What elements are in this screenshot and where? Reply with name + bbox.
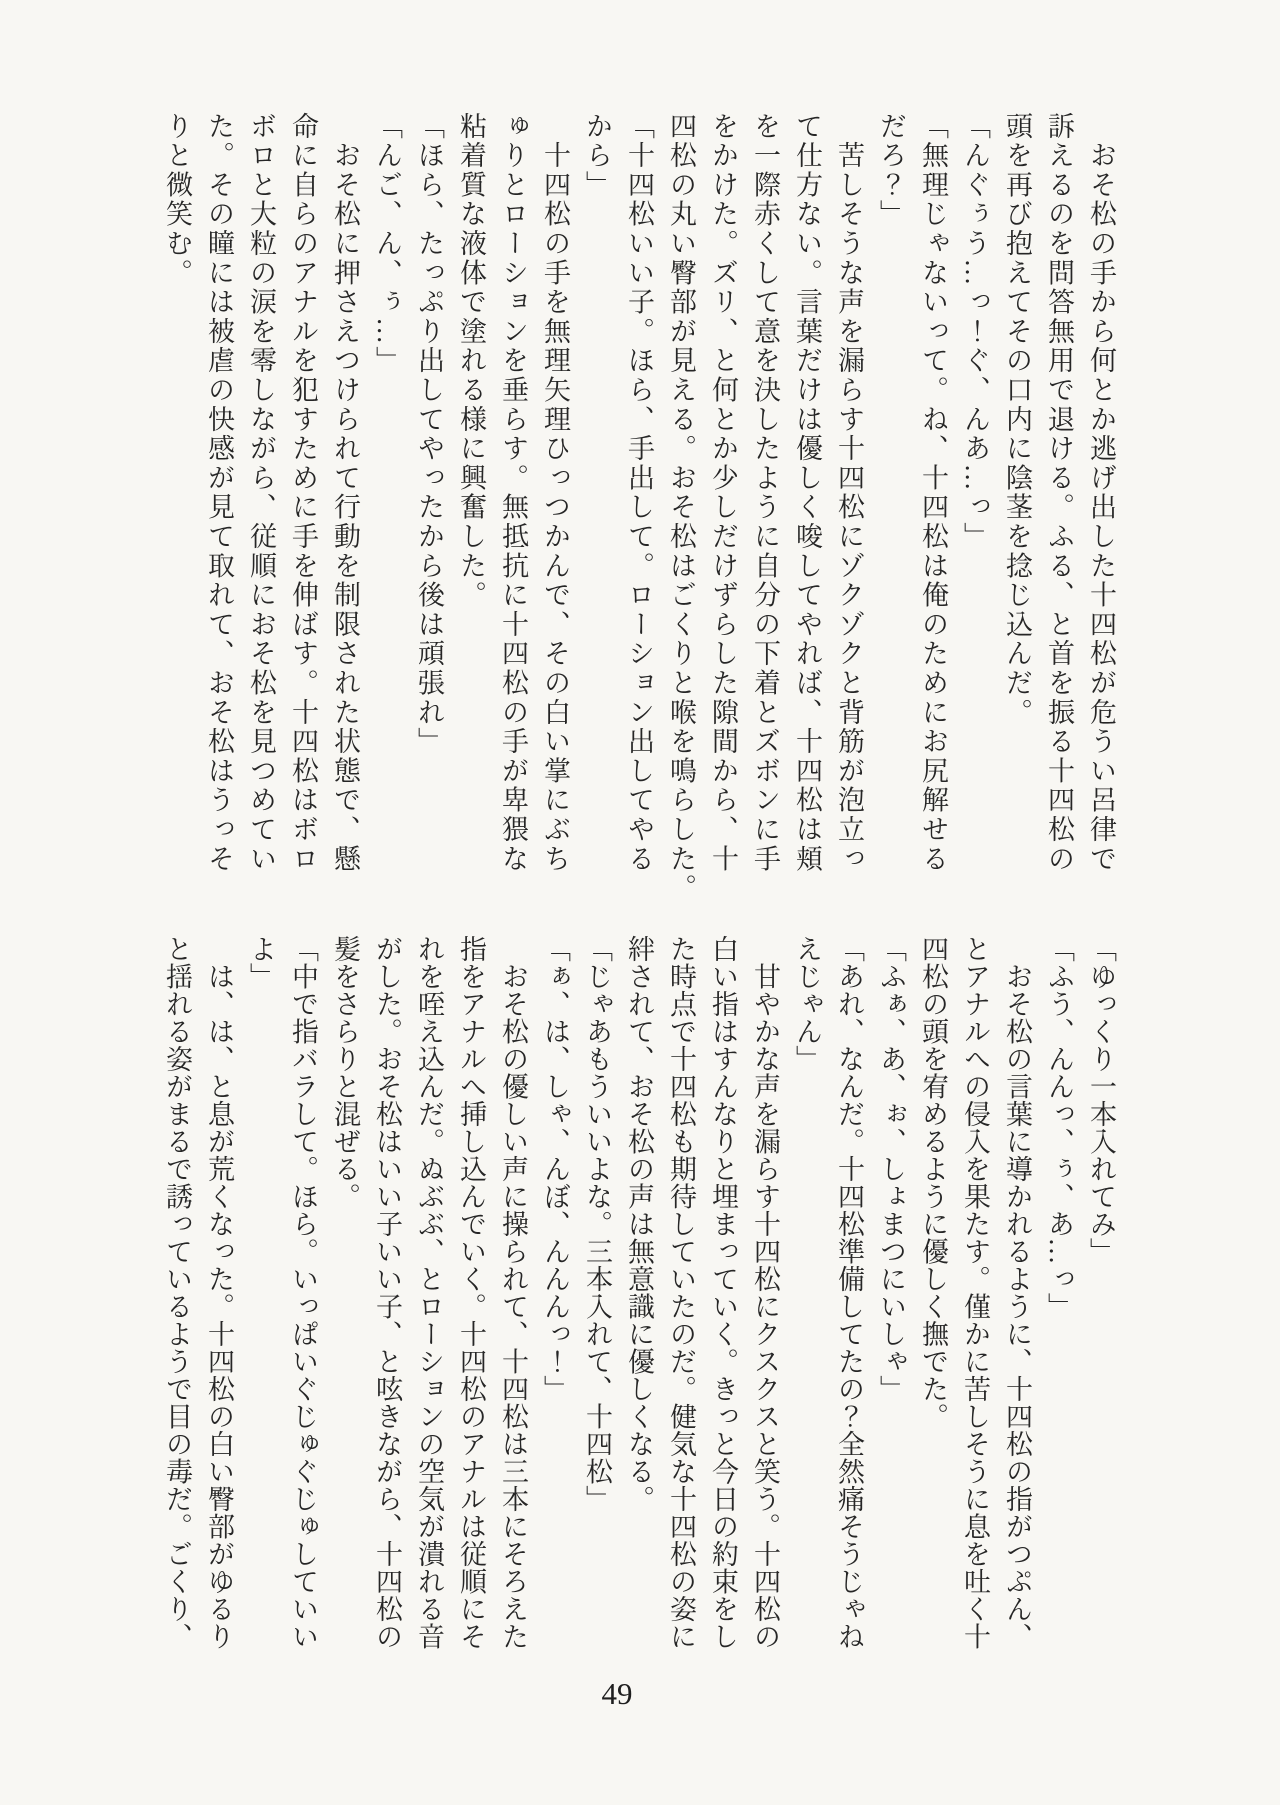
text-column: た時点で十四松も期待していたのだ。健気な十四松の姿に (660, 935, 702, 1650)
text-column: 甘やかな声を漏らす十四松にクスクスと笑う。十四松の (744, 935, 786, 1650)
text-column: と揺れる姿がまるで誘っているようで目の毒だ。ごくり、 (156, 935, 198, 1650)
page-number: 49 (0, 1676, 1234, 1712)
text-column: 訴えるのを問答無用で退ける。ふる、と首を振る十四松の (1038, 112, 1080, 903)
text-column: た。その瞳には被虐の快感が見て取れて、おそ松はうっそ (198, 112, 240, 903)
page: おそ松の手から何とか逃げ出した十四松が危うい呂律で 訴えるのを問答無用で退ける。… (0, 0, 1280, 1805)
text-column: おそ松の手から何とか逃げ出した十四松が危うい呂律で (1080, 112, 1122, 903)
text-column: おそ松の言葉に導かれるように、十四松の指がつぷん、 (996, 935, 1038, 1650)
text-column: 髪をさらりと混ぜる。 (324, 935, 366, 1650)
text-column: 「あれ、なんだ。十四松準備してたの？全然痛そうじゃね (828, 935, 870, 1650)
text-column: れを咥え込んだ。ぬぶぶ、とローションの空気が潰れる音 (408, 935, 450, 1650)
text-column: りと微笑む。 (156, 112, 198, 903)
text-column: 十四松の手を無理矢理ひっつかんで、その白い掌にぶち (534, 112, 576, 903)
text-column: おそ松の優しい声に操られて、十四松は三本にそろえた (492, 935, 534, 1650)
text-column: 「んご、ん、ぅ…」 (366, 112, 408, 903)
text-column: だろ？」 (870, 112, 912, 903)
text-column: 苦しそうな声を漏らす十四松にゾクゾクと背筋が泡立っ (828, 112, 870, 903)
text-column: から」 (576, 112, 618, 903)
text-block-top: おそ松の手から何とか逃げ出した十四松が危うい呂律で 訴えるのを問答無用で退ける。… (156, 112, 1122, 903)
text-column: おそ松に押さえつけられて行動を制限された状態で、懸 (324, 112, 366, 903)
text-column: 命に自らのアナルを犯すために手を伸ばす。十四松はボロ (282, 112, 324, 903)
text-column: 「じゃあもういいよな。三本入れて、十四松」 (576, 935, 618, 1650)
text-column: ゅりとローションを垂らす。無抵抗に十四松の手が卑猥な (492, 112, 534, 903)
text-column: 四松の丸い臀部が見える。おそ松はごくりと喉を鳴らした。 (660, 112, 702, 903)
text-column: 「ぁ、は、しゃ、んぼ、んんんっ！」 (534, 935, 576, 1650)
text-column: 「十四松いい子。ほら、手出して。ローション出してやる (618, 112, 660, 903)
text-column: 指をアナルへ挿し込んでいく。十四松のアナルは従順にそ (450, 935, 492, 1650)
text-column: を一際赤くして意を決したように自分の下着とズボンに手 (744, 112, 786, 903)
text-column: 「ほら、たっぷり出してやったから後は頑張れ」 (408, 112, 450, 903)
text-column: 「ふう、んんっ、ぅ、あ…っ」 (1038, 935, 1080, 1650)
text-column: よ」 (240, 935, 282, 1650)
text-column: 「ふぁ、あ、ぉ、しょまつにいしゃ」 (870, 935, 912, 1650)
text-column: ボロと大粒の涙を零しながら、従順におそ松を見つめてい (240, 112, 282, 903)
text-column: とアナルへの侵入を果たす。僅かに苦しそうに息を吐く十 (954, 935, 996, 1650)
text-column: 白い指はすんなりと埋まっていく。きっと今日の約束をし (702, 935, 744, 1650)
text-column: 「無理じゃないって。ね、十四松は俺のためにお尻解せる (912, 112, 954, 903)
text-column: えじゃん」 (786, 935, 828, 1650)
text-column: 「ゆっくり一本入れてみ」 (1080, 935, 1122, 1650)
text-column: 頭を再び抱えてその口内に陰茎を捻じ込んだ。 (996, 112, 1038, 903)
text-column: をかけた。ズリ、と何とか少しだけずらした隙間から、十 (702, 112, 744, 903)
text-column: 粘着質な液体で塗れる様に興奮した。 (450, 112, 492, 903)
text-block-bottom: 「ゆっくり一本入れてみ」 「ふう、んんっ、ぅ、あ…っ」 おそ松の言葉に導かれるよ… (156, 935, 1122, 1650)
text-column: 「んぐぅう…っ！ぐ、んあ…っ」 (954, 112, 996, 903)
text-column: 四松の頭を宥めるように優しく撫でた。 (912, 935, 954, 1650)
text-column: がした。おそ松はいい子いい子、と呟きながら、十四松の (366, 935, 408, 1650)
text-column: て仕方ない。言葉だけは優しく唆してやれば、十四松は頬 (786, 112, 828, 903)
text-column: は、は、と息が荒くなった。十四松の白い臀部がゆるり (198, 935, 240, 1650)
text-column: 「中で指バラして。ほら。いっぱいぐじゅぐじゅしていい (282, 935, 324, 1650)
text-column: 絆されて、おそ松の声は無意識に優しくなる。 (618, 935, 660, 1650)
